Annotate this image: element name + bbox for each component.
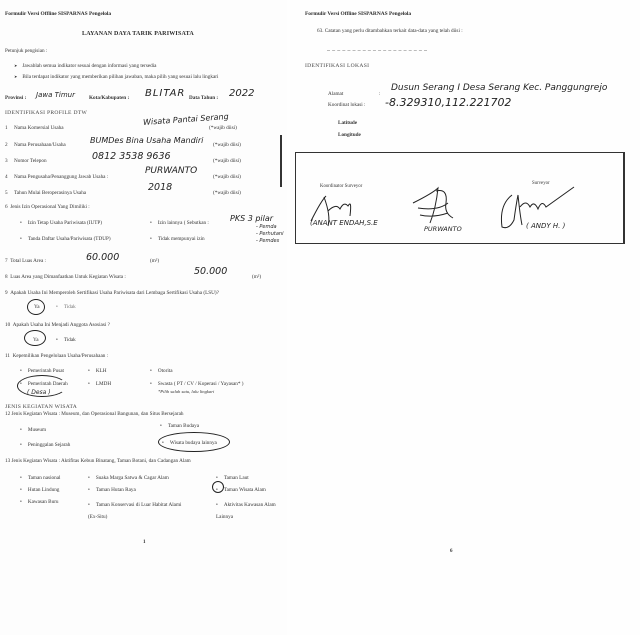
required-note: (*wajib diisi): [213, 174, 241, 180]
selected-circle: [158, 432, 230, 452]
provinsi-label: Provinsi :: [5, 95, 26, 101]
koordinat-value: -8.329310,112.221702: [385, 96, 511, 109]
q12-option-museum[interactable]: Museum: [20, 427, 46, 433]
selected-circle: [212, 481, 224, 493]
q11-option-otorita[interactable]: Otorita: [150, 368, 173, 374]
field-label: Nama Perusahaan/Usaha: [14, 142, 66, 148]
instructions-label: Petunjuk pengisian :: [5, 48, 47, 54]
manager-signature: [408, 183, 458, 228]
q7-label: 7 Total Luas Area :: [5, 258, 46, 264]
q6-option-tdup[interactable]: Tanda Daftar Usaha/Pariwisata (TDUP): [20, 236, 111, 242]
q9-option-tidak[interactable]: Tidak: [56, 304, 76, 310]
q63-notes-line: [327, 50, 427, 51]
q13-option[interactable]: Taman nasional: [20, 475, 60, 481]
q7-value: 60.000: [86, 252, 119, 263]
instruction-item: Jawablah semua indikator sesuai dengan i…: [14, 63, 156, 69]
q9-label: 9 Apakah Usaha Ini Memperoleh Sertifikas…: [5, 290, 219, 296]
q11-footnote: *Pilih salah satu, lalu lingkari: [158, 389, 214, 394]
field-num: 1: [5, 125, 8, 131]
alamat-colon: :: [379, 91, 380, 97]
q13-option[interactable]: Suaka Marga Satwa & Cagar Alam: [88, 475, 169, 481]
q12-label: 12 Jenis Kegiatan Wisata : Museum, dan O…: [5, 411, 183, 417]
field-label: Nama Komersial Usaha: [14, 125, 64, 131]
section-kegiatan: JENIS KEGIATAN WISATA: [5, 404, 77, 410]
q13-option[interactable]: Taman Laut: [216, 475, 249, 481]
field-value: 2018: [148, 182, 172, 193]
q12-option-peninggalan[interactable]: Peninggalan Sejarah: [20, 442, 70, 448]
q11-option-swasta[interactable]: Swasta ( PT / CV / Koperasi / Yayasan* ): [150, 381, 244, 387]
q13-label: 13 Jenis Kegiatan Wisata : Aktifitas Keb…: [5, 458, 191, 464]
q8-value: 50.000: [194, 266, 227, 277]
page-number: 1: [143, 540, 146, 545]
alamat-value: Dusun Serang I Desa Serang Kec. Panggung…: [391, 83, 607, 93]
page-title: LAYANAN DAYA TARIK PARIWISATA: [82, 31, 194, 37]
field-value: BUMDes Bina Usaha Mandiri: [90, 136, 203, 145]
q6-other-value: PKS 3 pilar: [230, 214, 273, 223]
section-identitas: IDENTIFIKASI PROFILE DTW: [5, 110, 87, 116]
field-num: 3: [5, 158, 8, 164]
page-number-right: 6: [450, 549, 453, 554]
selected-circle: [24, 330, 46, 346]
required-note: (*wajib diisi): [209, 125, 237, 131]
q8-label: 8 Luas Area yang Dimanfaatkan Untuk Kegi…: [5, 274, 126, 280]
surveyor-name: ( ANDY H. ): [526, 222, 565, 230]
q63-label: 63. Catatan yang perlu ditambahkan terka…: [317, 28, 463, 34]
q10-option-tidak[interactable]: Tidak: [56, 337, 76, 343]
q13-option[interactable]: Taman Hutan Raya: [88, 487, 136, 493]
field-num: 2: [5, 142, 8, 148]
field-label: Tahun Mulai Beroperasinya Usaha: [14, 190, 86, 196]
selected-circle: [27, 299, 45, 315]
tahun-value: 2022: [229, 88, 254, 99]
q6-other-notes: - Pemda - Perhutani - Pemdes: [256, 224, 283, 245]
q13-option[interactable]: Kawasan Buru: [20, 499, 59, 505]
q11-option-klh[interactable]: KLH: [88, 368, 107, 374]
instruction-item: Bila terdapat indikator yang memberikan …: [14, 74, 218, 80]
field-num: 5: [5, 190, 8, 196]
q11-label: 11 Kepemilikan Pengelolaan Usaha/Perusah…: [5, 353, 108, 359]
alamat-label: Alamat: [328, 91, 343, 97]
kota-label: Kota/Kabupaten :: [89, 95, 129, 101]
field-num: 4: [5, 174, 8, 180]
longitude-label: Longitude: [338, 132, 361, 138]
required-note: (*wajib diisi): [213, 158, 241, 164]
form-page-1: Formulir Versi Offline SISPARNAS Pengelo…: [0, 0, 287, 635]
q6-option-tidak[interactable]: Tidak mempunyai izin: [150, 236, 205, 242]
koordinator-name: (ANANT ENDAH,S.E: [310, 219, 378, 227]
signature-box: Koordinator Surveyor (ANANT ENDAH,S.E PU…: [295, 152, 625, 244]
provinsi-value: Jawa Timur: [36, 91, 75, 99]
q11-option-pusat[interactable]: Pemerintah Pusat: [20, 368, 64, 374]
required-note: (*wajib diisi): [213, 142, 241, 148]
q7-unit: (m²): [150, 258, 159, 264]
field-value: PURWANTO: [145, 166, 197, 176]
q10-label: 10 Apakah Usaha Ini Menjadi Anggota Asos…: [5, 322, 110, 328]
margin-bar: [280, 135, 282, 187]
page-header: Formulir Versi Offline SISPARNAS Pengelo…: [5, 11, 111, 17]
manager-name: PURWANTO: [424, 225, 462, 233]
section-lokasi: IDENTIFIKASI LOKASI: [305, 63, 369, 69]
q11-option-lmdh[interactable]: LMDH: [88, 381, 111, 387]
q6-label: 6 Jenis Izin Operasional Yang Dimiliki :: [5, 204, 90, 210]
q13-option[interactable]: Aktivitas Kawasan Alam Lainnya: [216, 499, 276, 523]
field-value: 0812 3538 9636: [92, 151, 171, 162]
q13-option[interactable]: Hutan Lindung: [20, 487, 59, 493]
selected-circle: [17, 375, 67, 397]
q6-option-lainnya[interactable]: Izin lainnya ( Sebutkan :: [150, 220, 209, 226]
q6-option-iutp[interactable]: Izin Tetap Usaha Pariwisata (IUTP): [20, 220, 102, 226]
page-header: Formulir Versi Offline SISPARNAS Pengelo…: [305, 11, 411, 17]
field-label: Nama Pengusaha/Penanggung Jawab Usaha :: [14, 174, 108, 180]
koordinator-label: Koordinator Surveyor: [320, 184, 362, 189]
required-note: (*wajib diisi): [213, 190, 241, 196]
q8-unit: (m²): [252, 274, 261, 280]
field-label: Nomor Telepon: [14, 158, 47, 164]
latitude-label: Latitude: [338, 120, 357, 126]
q12-option-taman-budaya[interactable]: Taman Budaya: [160, 423, 199, 429]
kota-value: BLITAR: [145, 88, 185, 99]
koordinat-label: Koordinat lokasi :: [328, 102, 365, 108]
tahun-label: Data Tahun :: [189, 95, 218, 101]
form-page-6: Formulir Versi Offline SISPARNAS Pengelo…: [287, 0, 640, 635]
q13-option[interactable]: Taman Konservasi di Luar Habitat Alami (…: [88, 499, 188, 523]
